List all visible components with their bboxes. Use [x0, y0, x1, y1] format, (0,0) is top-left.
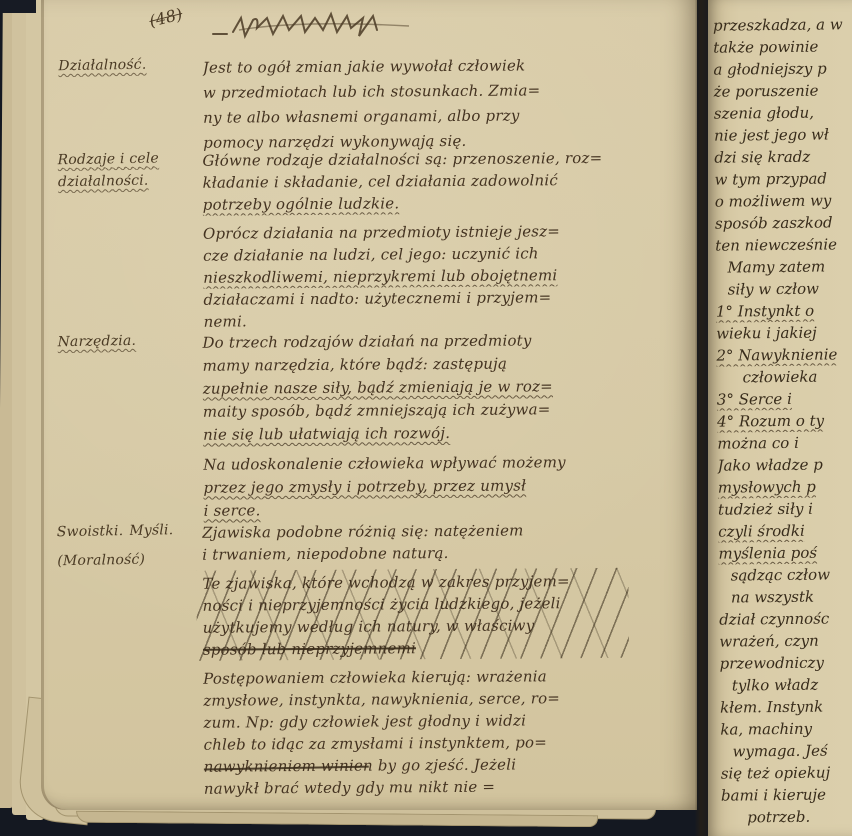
paragraph: Główne rodzaje działalności są: przenosz…	[202, 146, 688, 215]
margin-label-line: (Moralność)	[57, 548, 201, 573]
paragraph: Jest to ogół zmian jakie wywołał człowie…	[203, 52, 690, 155]
handwritten-line: ny te albo własnemi organami, albo przy	[203, 102, 689, 130]
margin-label-line: działalności.	[58, 169, 202, 194]
handwritten-line: bami i kieruje	[721, 783, 852, 806]
margin-label: Narzędzia.	[51, 329, 204, 523]
handwritten-line: ten niewcześnie	[715, 233, 850, 256]
handwritten-line: 3° Serce i	[717, 387, 852, 410]
section-rodzaje-i-cele: Rodzaje i celedziałalności. Główne rodza…	[53, 148, 689, 331]
handwritten-line: myślenia poś	[718, 541, 852, 564]
handwritten-line: szenia głodu,	[714, 101, 849, 124]
handwritten-line: Na udoskonalenie człowieka wpływać możem…	[203, 450, 689, 476]
section-body: Do trzech rodzajów działań na przedmioty…	[202, 328, 689, 522]
handwritten-line: na wszystk	[719, 585, 852, 608]
handwritten-line: zupełnie nasze siły, bądź zmieniają je w…	[203, 374, 689, 400]
handwritten-line: nawykł brać wtedy gdy mu nikt nie =	[204, 774, 690, 799]
handwritten-line: Do trzech rodzajów działań na przedmioty	[202, 328, 688, 354]
handwritten-line: dział czynnośc	[719, 607, 852, 630]
paragraph: Oprócz działania na przedmioty istnieje …	[203, 219, 690, 332]
margin-label-line: Rodzaje i cele	[57, 147, 201, 172]
background-gap	[0, 0, 36, 13]
handwritten-line: Jest to ogół zmian jakie wywołał człowie…	[203, 52, 689, 80]
handwritten-line: wrażeń, czyn	[719, 629, 852, 652]
handwritten-line: człowieka	[717, 365, 852, 388]
handwritten-line: także powinie	[713, 35, 848, 58]
paragraph: Postępowaniem człowieka kierują: wrażeni…	[203, 664, 690, 799]
handwritten-line: sądząc człow	[719, 563, 852, 586]
handwritten-line: przez jego zmysły i potrzeby, przez umys…	[203, 473, 689, 499]
right-page-text: przeszkadza, a wtakże powiniea głodniejs…	[704, 0, 852, 829]
section-body: Główne rodzaje działalności są: przenosz…	[202, 146, 689, 332]
handwritten-line: nawyknieniem winien by go zjeść. Jeżeli	[204, 752, 690, 777]
section-mysli-moralnosc: Swoistki.Myśli.(Moralność) Zjawiska podo…	[53, 520, 689, 798]
left-page: (48) Działalność. Jest to ogół zmian jak…	[41, 0, 697, 810]
paragraph: Zjawiska podobne różnią się: natężeniemi…	[202, 518, 688, 565]
margin-label: Rodzaje i celedziałalności.	[51, 147, 204, 333]
right-page: przeszkadza, a wtakże powiniea głodniejs…	[708, 0, 852, 836]
handwritten-line: 2° Nawyknienie	[716, 343, 851, 366]
handwritten-line: nie jest jego wł	[714, 123, 849, 146]
handwritten-line: czyli środki	[718, 519, 852, 542]
handwritten-line: a głodniejszy p	[713, 57, 848, 80]
margin-label-line: Narzędzia.	[57, 329, 201, 354]
handwritten-line: 4° Rozum o ty	[717, 409, 852, 432]
handwritten-line: o możliwem wy	[715, 189, 850, 212]
handwritten-line: w tym przypad	[714, 167, 849, 190]
section-body: Zjawiska podobne różnią się: natężeniemi…	[202, 518, 690, 799]
handwritten-line: przeszkadza, a w	[713, 13, 848, 36]
handwritten-line: Jako władze p	[717, 453, 852, 476]
crossed-out-heading-scribble	[209, 10, 429, 50]
handwritten-line: potrzeby ogólnie ludzkie.	[203, 190, 689, 215]
handwritten-line-struck: sposób lub nieprzyjemnemi	[203, 635, 689, 660]
handwritten-line: maity sposób, bądź zmniejszają ich zużyw…	[203, 397, 689, 423]
handwritten-line: tudzież siły i	[718, 497, 852, 520]
margin-label-line: Myśli.	[129, 519, 173, 542]
handwritten-line: przewodniczy	[719, 651, 852, 674]
handwritten-line: mysłowych p	[718, 475, 852, 498]
handwritten-line: tylko władz	[720, 673, 852, 696]
handwritten-line: siły w człow	[716, 277, 851, 300]
paragraph: Do trzech rodzajów działań na przedmioty…	[202, 328, 689, 446]
handwritten-line: że poruszenie	[714, 79, 849, 102]
section-dzialalnosc: Działalność. Jest to ogół zmian jakie wy…	[53, 54, 689, 154]
handwritten-line: nie się lub ułatwiają ich rozwój.	[203, 420, 689, 446]
handwritten-line: dzi się kradz	[714, 145, 849, 168]
margin-label: Działalność.	[52, 53, 204, 156]
handwritten-line: mamy narzędzia, które bądź: zastępują	[202, 351, 688, 377]
paragraph: Na udoskonalenie człowieka wpływać możem…	[203, 450, 689, 522]
handwritten-line: można co i	[717, 431, 852, 454]
handwritten-line: wymaga. Jeś	[720, 739, 852, 762]
margin-label: Swoistki.Myśli.(Moralność)	[51, 519, 206, 800]
handwritten-line: sposób zaszkod	[715, 211, 850, 234]
handwritten-line: w przedmiotach lub ich stosunkach. Zmia=	[203, 77, 689, 105]
section-narzedzia: Narzędzia. Do trzech rodzajów działań na…	[53, 330, 689, 521]
section-body: Jest to ogół zmian jakie wywołał człowie…	[203, 52, 690, 155]
margin-label-line: Działalność.	[58, 53, 202, 78]
handwritten-line: kłem. Instynk	[720, 695, 852, 718]
margin-label-line: Swoistki.	[57, 520, 124, 543]
handwritten-line: wieku i jakiej	[716, 321, 851, 344]
handwritten-line: 1° Instynkt o	[716, 299, 851, 322]
handwritten-line: potrzeb.	[721, 805, 852, 828]
handwritten-line: się też opiekuj	[721, 761, 852, 784]
notebook-scan: (48) Działalność. Jest to ogół zmian jak…	[0, 0, 852, 836]
page-number-mark: (48)	[147, 4, 184, 31]
handwritten-line: ka, machiny	[720, 717, 852, 740]
crossed-out-paragraph: Te zjawiska, które wchodzą w zakres przy…	[202, 569, 689, 660]
handwritten-line: i trwaniem, niepodobne naturą.	[202, 540, 688, 565]
handwritten-line: Mamy zatem	[715, 255, 850, 278]
